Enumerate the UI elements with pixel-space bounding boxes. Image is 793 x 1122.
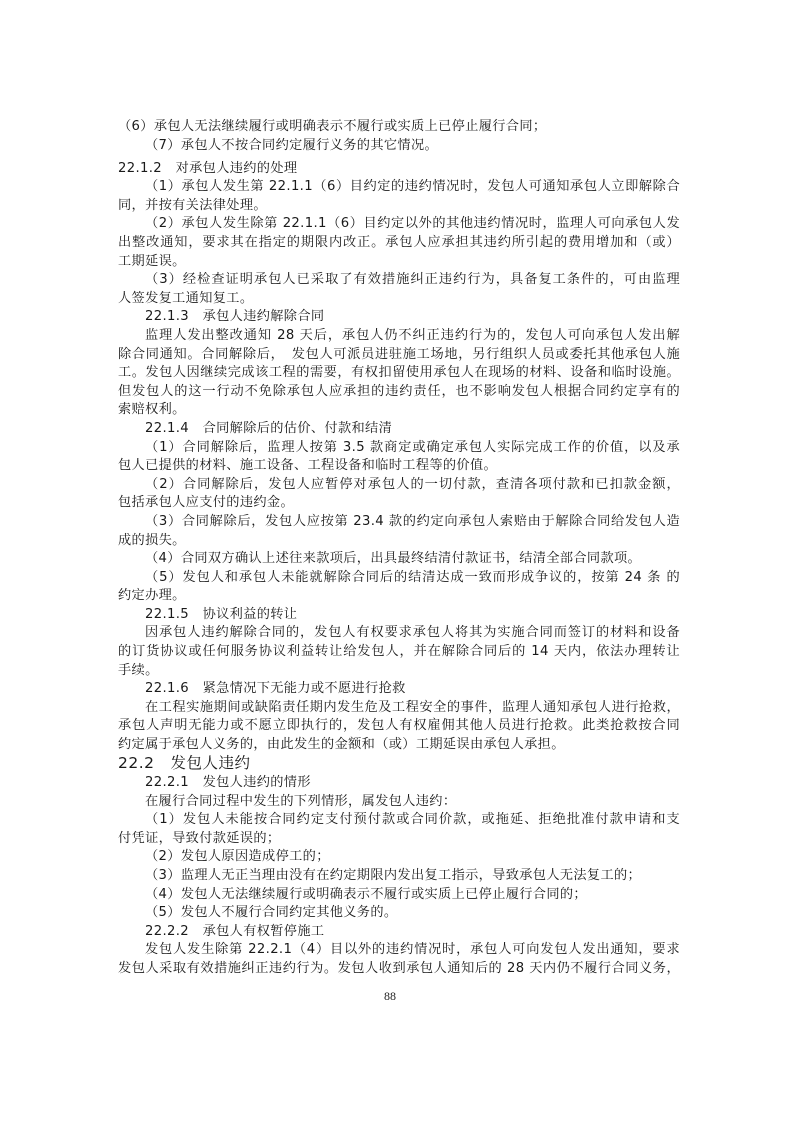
- subsection-heading: 22.2.2 承包人有权暂停施工: [145, 923, 707, 941]
- paragraph-line: 成的损失。: [118, 532, 680, 550]
- paragraph-line: 承包人声明无能力或不愿立即执行的，发包人有权雇佣其他人员进行抢救。此类抢救按合同: [118, 717, 680, 735]
- paragraph-line: （1）承包人发生第 22.1.1（6）目约定的违约情况时，发包人可通知承包人立即…: [145, 178, 680, 196]
- paragraph-line: 约定办理。: [118, 587, 680, 605]
- list-item: （4）发包人无法继续履行或明确表示不履行或实质上已停止履行合同的；: [145, 886, 707, 904]
- paragraph-line: 在工程实施期间或缺陷责任期内发生危及工程安全的事件，监理人通知承包人进行抢救，: [145, 699, 680, 717]
- paragraph-line: 人签发复工通知复工。: [118, 290, 680, 308]
- list-item: （2）发包人原因造成停工的；: [145, 848, 707, 866]
- subsection-heading: 22.1.6 紧急情况下无能力或不愿进行抢救: [145, 680, 707, 698]
- section-heading: 22.2 发包人违约: [118, 754, 680, 772]
- paragraph-line: （1）发包人未能按合同约定支付预付款或合同价款，或拖延、拒绝批准付款申请和支: [145, 811, 680, 829]
- paragraph-line: 除合同通知。合同解除后， 发包人可派员进驻施工场地，另行组织人员或委托其他承包人…: [118, 346, 680, 364]
- page-number: 88: [384, 989, 396, 1004]
- paragraph-line: 手续。: [118, 662, 680, 680]
- list-item: （3）监理人无正当理由没有在约定期限内发出复工指示，导致承包人无法复工的；: [145, 867, 707, 885]
- paragraph-line: 包人已提供的材料、施工设备、工程设备和临时工程等的价值。: [118, 457, 680, 475]
- paragraph-line: （1）合同解除后，监理人按第 3.5 款商定或确定承包人实际完成工作的价值，以及…: [145, 439, 680, 457]
- paragraph-line: 发包人采取有效措施纠正违约行为。发包人收到承包人通知后的 28 天内仍不履行合同…: [118, 960, 680, 978]
- paragraph-line: 包括承包人应支付的违约金。: [118, 494, 680, 512]
- paragraph-line: 在履行合同过程中发生的下列情形，属发包人违约：: [145, 793, 707, 811]
- paragraph-line: 工。发包人因继续完成该工程的需要，有权扣留使用承包人在现场的材料、设备和临时设施…: [118, 364, 680, 382]
- paragraph-line: 出整改通知，要求其在指定的期限内改正。承包人应承担其违约所引起的费用增加和（或）: [118, 234, 680, 252]
- paragraph-line: 的订货协议或任何服务协议利益转让给发包人，并在解除合同后的 14 天内，依法办理…: [118, 643, 680, 661]
- subsection-heading: 22.1.3 承包人违约解除合同: [145, 308, 707, 326]
- paragraph-line: （2）合同解除后，发包人应暂停对承包人的一切付款，查清各项付款和已扣款金额，: [145, 476, 680, 494]
- subsection-heading: 22.2.1 发包人违约的情形: [145, 774, 707, 792]
- list-item: （6）承包人无法继续履行或明确表示不履行或实质上已停止履行合同；: [118, 118, 680, 136]
- list-item: （7）承包人不按合同约定履行义务的其它情况。: [145, 137, 707, 155]
- paragraph-line: 但发包人的这一行动不免除承包人应承担的违约责任，也不影响发包人根据合同约定享有的: [118, 383, 680, 401]
- subsection-heading: 22.1.5 协议利益的转让: [145, 606, 707, 624]
- paragraph-line: （2）承包人发生除第 22.1.1（6）目约定以外的其他违约情况时，监理人可向承…: [145, 215, 680, 233]
- paragraph-line: 付凭证，导致付款延误的；: [118, 830, 680, 848]
- paragraph-line: 因承包人违约解除合同的，发包人有权要求承包人将其为实施合同而签订的材料和设备: [145, 624, 680, 642]
- paragraph-line: 约定属于承包人义务的，由此发生的金额和（或）工期延误由承包人承担。: [118, 736, 680, 754]
- paragraph-line: （4）合同双方确认上述往来款项后，出具最终结清付款证书，结清全部合同款项。: [145, 550, 707, 568]
- document-page: （6）承包人无法继续履行或明确表示不履行或实质上已停止履行合同； （7）承包人不…: [0, 0, 793, 1122]
- list-item: （5）发包人不履行合同约定其他义务的。: [145, 904, 707, 922]
- paragraph-line: （3）合同解除后，发包人应按第 23.4 款的约定向承包人索赔由于解除合同给发包…: [145, 513, 680, 531]
- paragraph-line: 同，并按有关法律处理。: [118, 197, 680, 215]
- paragraph-line: （3）经检查证明承包人已采取了有效措施纠正违约行为，具备复工条件的，可由监理: [145, 271, 680, 289]
- paragraph-line: 工期延误。: [118, 253, 680, 271]
- paragraph-line: 监理人发出整改通知 28 天后，承包人仍不纠正违约行为的，发包人可向承包人发出解: [145, 327, 680, 345]
- paragraph-line: 发包人发生除第 22.2.1（4）目以外的违约情况时，承包人可向发包人发出通知，…: [145, 941, 680, 959]
- subsection-heading: 22.1.2 对承包人违约的处理: [118, 160, 680, 178]
- subsection-heading: 22.1.4 合同解除后的估价、付款和结清: [145, 420, 707, 438]
- paragraph-line: （5）发包人和承包人未能就解除合同后的结清达成一致而形成争议的，按第 24 条 …: [145, 569, 680, 587]
- paragraph-line: 索赔权利。: [118, 401, 680, 419]
